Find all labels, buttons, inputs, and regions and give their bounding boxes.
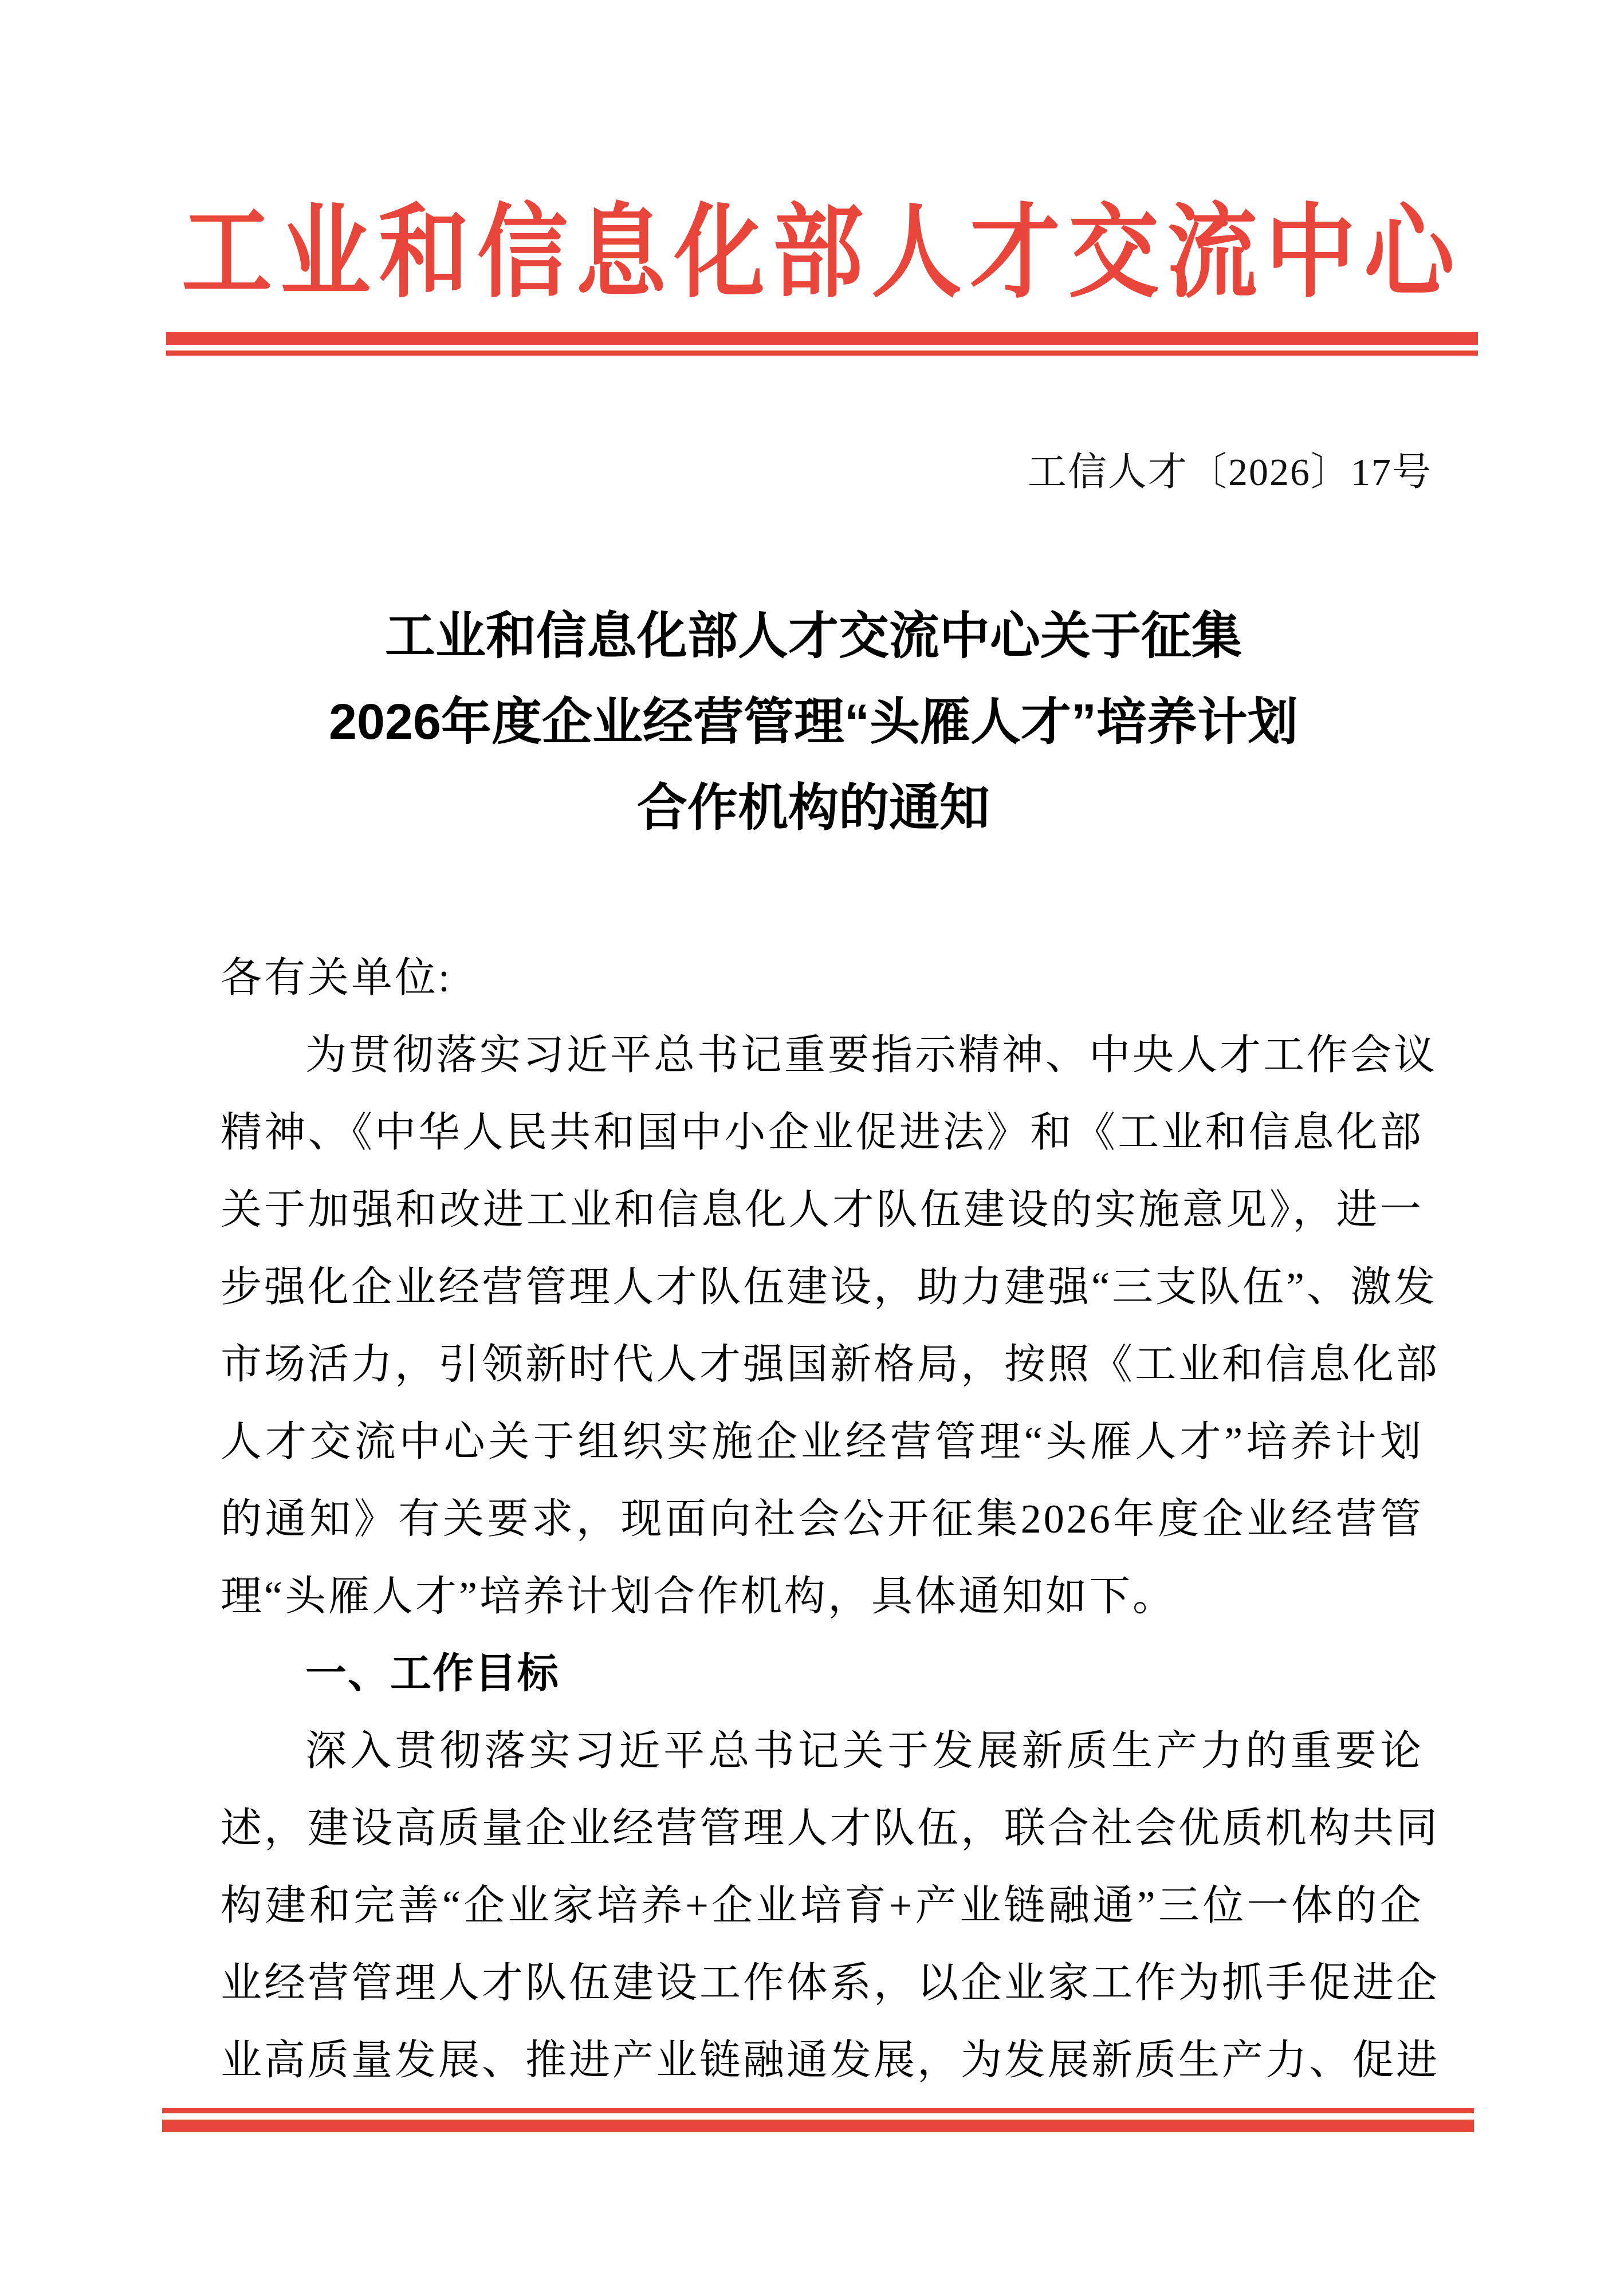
salutation: 各有关单位: <box>221 939 1424 1017</box>
masthead-org-name: 工业和信息化部人才交流中心 <box>166 203 1478 305</box>
document-body: 各有关单位: 为贯彻落实习近平总书记重要指示精神、中央人才工作会议 精神、《中华… <box>221 939 1424 2099</box>
document-number: 工信人才〔2026〕17号 <box>974 441 1432 497</box>
intro-line-1: 为贯彻落实习近平总书记重要指示精神、中央人才工作会议 <box>221 1017 1424 1094</box>
intro-line-8: 理“头雁人才”培养计划合作机构，具体通知如下。 <box>221 1558 1424 1635</box>
section-1-line-5: 业高质量发展、推进产业链融通发展，为发展新质生产力、促进 <box>221 2022 1424 2099</box>
document-page: 工业和信息化部人才交流中心 工信人才〔2026〕17号 工业和信息化部人才交流中… <box>0 0 1624 2296</box>
intro-line-7: 的通知》有关要求，现面向社会公开征集2026年度企业经营管 <box>221 1480 1424 1558</box>
title-line-1: 工业和信息化部人才交流中心关于征集 <box>218 593 1409 679</box>
masthead-rule-thin <box>166 350 1478 356</box>
footer-rule-thin <box>162 2108 1474 2113</box>
section-1-heading: 一、工作目标 <box>221 1635 1424 1712</box>
footer-rule-thick <box>162 2120 1474 2132</box>
intro-line-6: 人才交流中心关于组织实施企业经营管理“头雁人才”培养计划 <box>221 1403 1424 1480</box>
section-1-line-4: 业经营管理人才队伍建设工作体系，以企业家工作为抓手促进企 <box>221 1944 1424 2022</box>
intro-line-3: 关于加强和改进工业和信息化人才队伍建设的实施意见》，进一 <box>221 1171 1424 1249</box>
section-1-line-1: 深入贯彻落实习近平总书记关于发展新质生产力的重要论 <box>221 1712 1424 1790</box>
section-1-line-2: 述，建设高质量企业经营管理人才队伍，联合社会优质机构共同 <box>221 1790 1424 1867</box>
intro-line-5: 市场活力，引领新时代人才强国新格局，按照《工业和信息化部 <box>221 1326 1424 1403</box>
masthead-rule-thick <box>166 332 1478 345</box>
document-title: 工业和信息化部人才交流中心关于征集 2026年度企业经营管理“头雁人才”培养计划… <box>218 593 1409 850</box>
title-line-3: 合作机构的通知 <box>218 765 1409 850</box>
intro-line-2: 精神、《中华人民共和国中小企业促进法》和《工业和信息化部 <box>221 1094 1424 1171</box>
title-line-2: 2026年度企业经营管理“头雁人才”培养计划 <box>218 679 1409 765</box>
intro-line-4: 步强化企业经营管理人才队伍建设，助力建强“三支队伍”、激发 <box>221 1249 1424 1326</box>
section-1-line-3: 构建和完善“企业家培养+企业培育+产业链融通”三位一体的企 <box>221 1867 1424 1944</box>
